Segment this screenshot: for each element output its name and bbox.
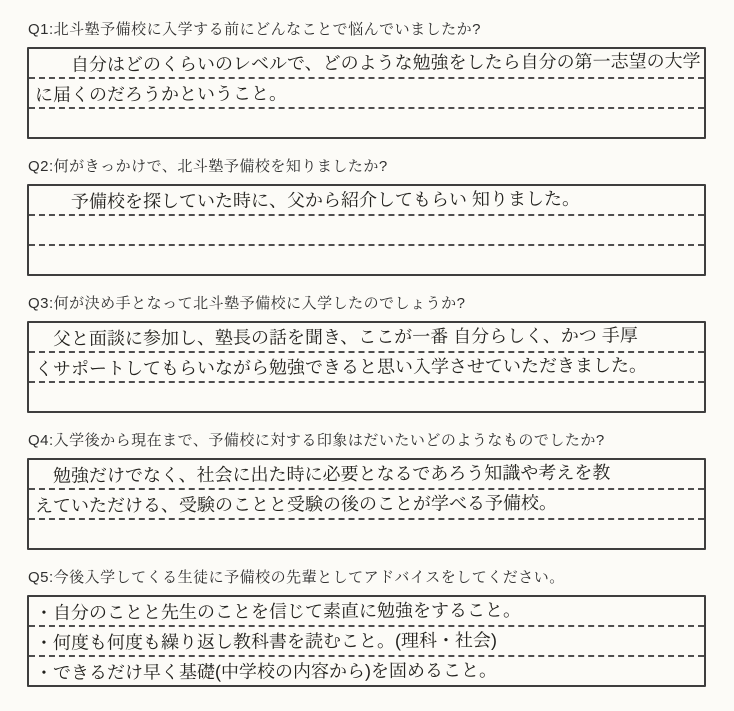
question-block: Q1:北斗塾予備校に入学する前にどんなことで悩んでいましたか? 自分はどのくらい… (27, 21, 706, 139)
handwritten-text: 予備校を探していた時に、父から紹介してもらい 知りました。 (35, 187, 580, 214)
handwritten-text: えていただける、受験のことと受験の後のことが学べる予備校。 (35, 491, 557, 518)
answer-line-1: 予備校を探していた時に、父から紹介してもらい 知りました。 (29, 186, 704, 216)
answer-line-2 (29, 216, 704, 246)
answer-line-3 (29, 520, 704, 548)
answer-box: ・自分のことと先生のことを信じて素直に勉強をすること。 ・何度も何度も繰り返し教… (27, 595, 706, 687)
handwritten-text: くサポートしてもらいながら勉強できると思い入学させていただきました。 (35, 353, 647, 381)
question-block: Q2:何がきっかけで、北斗塾予備校を知りましたか? 予備校を探していた時に、父か… (27, 158, 706, 276)
handwritten-text: ・何度も何度も繰り返し教科書を読むこと。(理科・社会) (35, 628, 497, 655)
handwritten-text: ・できるだけ早く基礎(中学校の内容から)を固めること。 (35, 658, 497, 685)
answer-box: 予備校を探していた時に、父から紹介してもらい 知りました。 (27, 184, 706, 276)
question-label: Q1:北斗塾予備校に入学する前にどんなことで悩んでいましたか? (28, 21, 706, 38)
handwritten-text: に届くのだろうかということ。 (35, 81, 287, 107)
answer-line-2: ・何度も何度も繰り返し教科書を読むこと。(理科・社会) (29, 627, 704, 657)
answer-line-3 (29, 109, 704, 137)
questionnaire-page: Q1:北斗塾予備校に入学する前にどんなことで悩んでいましたか? 自分はどのくらい… (0, 0, 734, 711)
answer-box: 自分はどのくらいのレベルで、どのような勉強をしたら自分の第一志望の大学 に届くの… (27, 47, 706, 139)
answer-line-1: 勉強だけでなく、社会に出た時に必要となるであろう知識や考えを教 (29, 460, 704, 490)
answer-box: 勉強だけでなく、社会に出た時に必要となるであろう知識や考えを教 えていただける、… (27, 458, 706, 550)
answer-line-1: 父と面談に参加し、塾長の話を聞き、ここが一番 自分らしく、かつ 手厚 (29, 323, 704, 353)
answer-line-2: に届くのだろうかということ。 (29, 79, 704, 109)
handwritten-text: 自分はどのくらいのレベルで、どのような勉強をしたら自分の第一志望の大学 (35, 49, 701, 77)
question-label: Q5:今後入学してくる生徒に予備校の先輩としてアドバイスをしてください。 (28, 569, 706, 586)
answer-line-3 (29, 383, 704, 411)
answer-line-2: えていただける、受験のことと受験の後のことが学べる予備校。 (29, 490, 704, 520)
question-block: Q4:入学後から現在まで、予備校に対する印象はだいたいどのようなものでしたか? … (27, 432, 706, 550)
question-block: Q5:今後入学してくる生徒に予備校の先輩としてアドバイスをしてください。 ・自分… (27, 569, 706, 687)
answer-box: 父と面談に参加し、塾長の話を聞き、ここが一番 自分らしく、かつ 手厚 くサポート… (27, 321, 706, 413)
question-label: Q4:入学後から現在まで、予備校に対する印象はだいたいどのようなものでしたか? (28, 432, 706, 449)
answer-line-3: ・できるだけ早く基礎(中学校の内容から)を固めること。 (29, 657, 704, 685)
handwritten-text: 父と面談に参加し、塾長の話を聞き、ここが一番 自分らしく、かつ 手厚 (35, 323, 638, 351)
answer-line-1: ・自分のことと先生のことを信じて素直に勉強をすること。 (29, 597, 704, 627)
question-label: Q3:何が決め手となって北斗塾予備校に入学したのでしょうか? (28, 295, 706, 312)
answer-line-3 (29, 246, 704, 274)
question-block: Q3:何が決め手となって北斗塾予備校に入学したのでしょうか? 父と面談に参加し、… (27, 295, 706, 413)
answer-line-1: 自分はどのくらいのレベルで、どのような勉強をしたら自分の第一志望の大学 (29, 49, 704, 79)
handwritten-text: ・自分のことと先生のことを信じて素直に勉強をすること。 (35, 598, 521, 625)
handwritten-text: 勉強だけでなく、社会に出た時に必要となるであろう知識や考えを教 (35, 460, 611, 488)
question-label: Q2:何がきっかけで、北斗塾予備校を知りましたか? (28, 158, 706, 175)
answer-line-2: くサポートしてもらいながら勉強できると思い入学させていただきました。 (29, 353, 704, 383)
